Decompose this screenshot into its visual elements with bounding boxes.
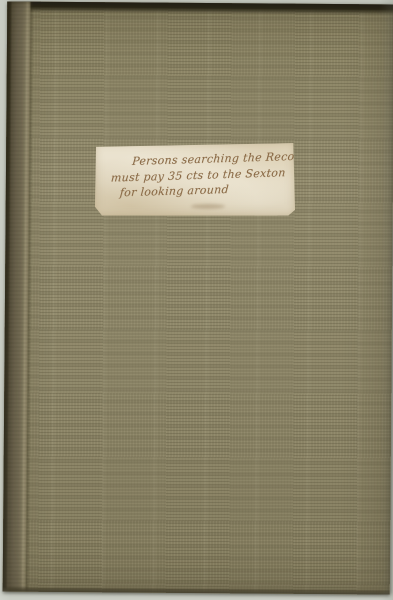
book-spine-band [3,1,34,591]
ink-smudge [191,204,225,209]
book-top-board-edge [7,1,393,15]
handwritten-note: Persons searching the Records must pay 3… [93,149,296,202]
pasted-paper-label: Persons searching the Records must pay 3… [95,143,295,217]
book-bottom-edge [3,586,390,594]
photo-background: Persons searching the Records must pay 3… [0,0,393,600]
cloth-shading-vignette [3,1,393,594]
book-front-cover: Persons searching the Records must pay 3… [3,1,393,594]
